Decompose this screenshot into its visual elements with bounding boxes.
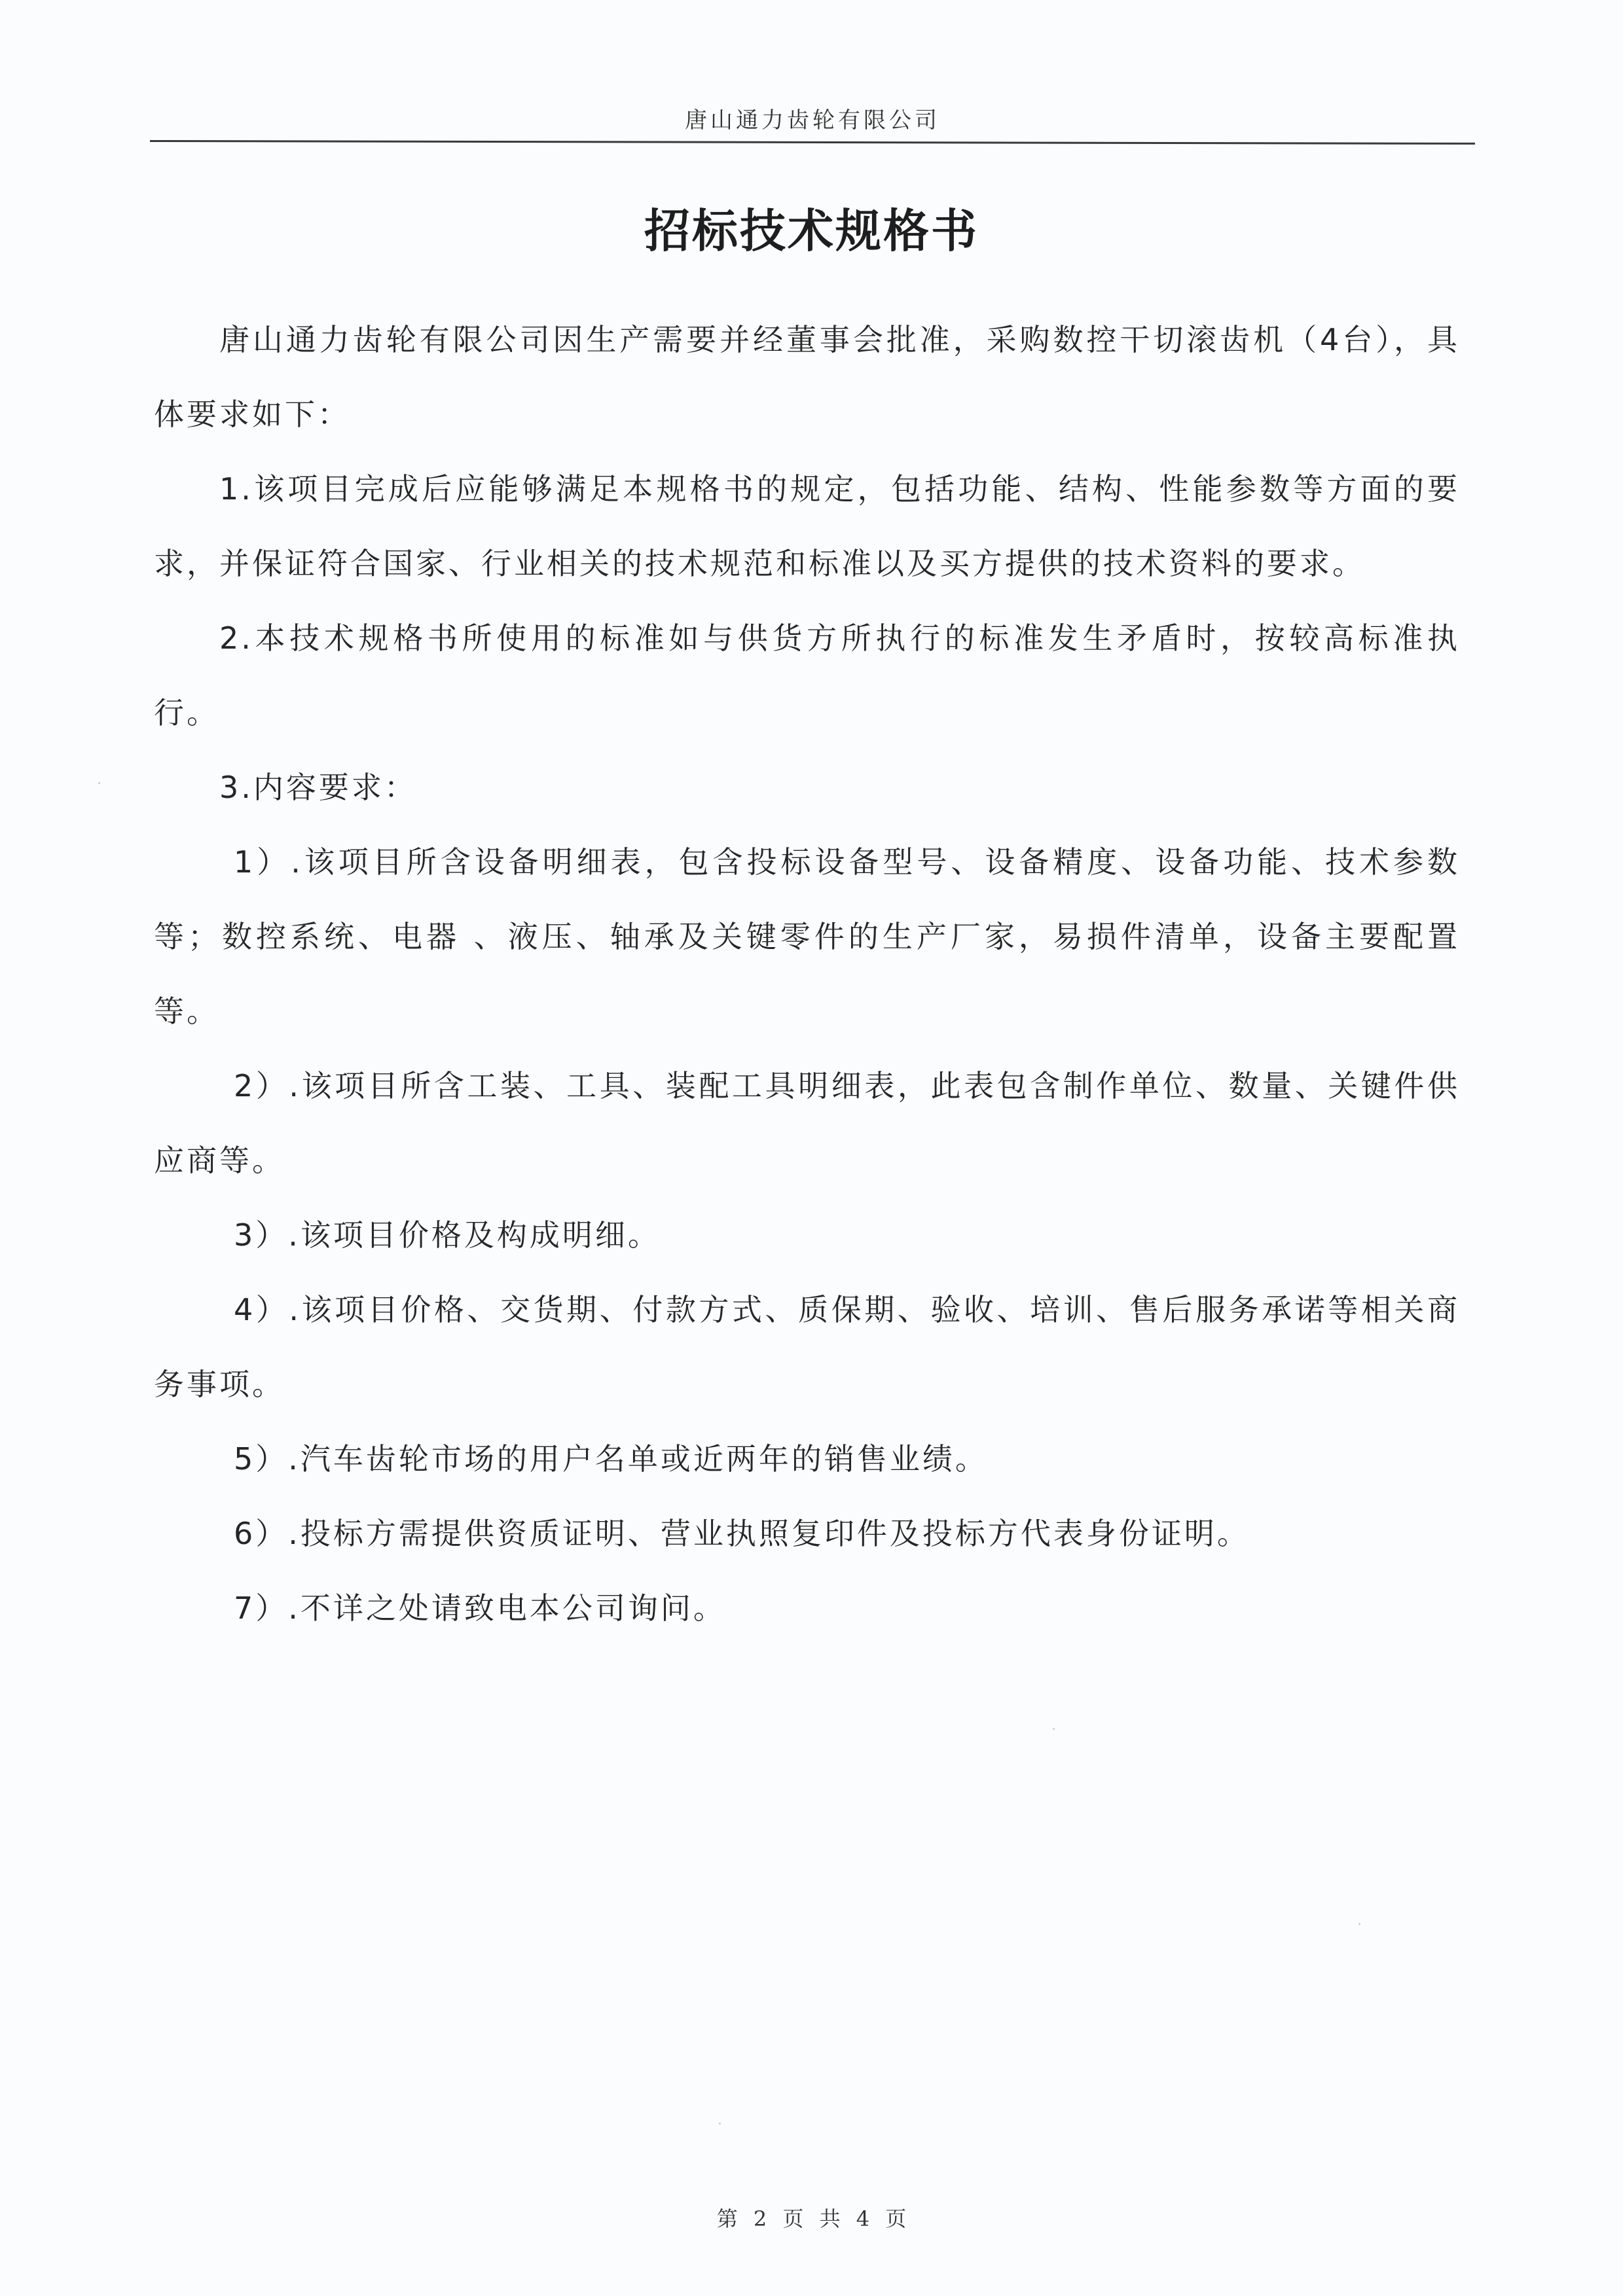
header-company-name: 唐山通力齿轮有限公司 xyxy=(150,106,1475,135)
requirement-item-3: 3）.该项目价格及构成明细。 xyxy=(154,1198,1460,1272)
requirement-item-1: 1）.该项目所含设备明细表，包含投标设备型号、设备精度、设备功能、技术参数等；数… xyxy=(154,825,1460,1049)
page-number-footer: 第 2 页 共 4 页 xyxy=(0,2206,1623,2232)
header-divider xyxy=(150,140,1475,145)
requirement-item-2: 2）.该项目所含工装、工具、装配工具明细表，此表包含制作单位、数量、关键件供应商… xyxy=(154,1049,1460,1198)
intro-paragraph: 唐山通力齿轮有限公司因生产需要并经董事会批准，采购数控干切滚齿机（4台），具体要… xyxy=(154,302,1460,452)
clause-3-heading: 3.内容要求： xyxy=(154,750,1460,825)
requirement-item-4: 4）.该项目价格、交货期、付款方式、质保期、验收、培训、售后服务承诺等相关商务事… xyxy=(154,1272,1460,1422)
document-body: 唐山通力齿轮有限公司因生产需要并经董事会批准，采购数控干切滚齿机（4台），具体要… xyxy=(154,302,1460,1645)
scan-speck xyxy=(98,782,100,784)
scan-speck xyxy=(1359,1923,1360,1925)
clause-2: 2.本技术规格书所使用的标准如与供货方所执行的标准发生矛盾时，按较高标准执行。 xyxy=(154,601,1460,750)
requirement-item-5: 5）.汽车齿轮市场的用户名单或近两年的销售业绩。 xyxy=(154,1422,1460,1496)
requirement-item-6: 6）.投标方需提供资质证明、营业执照复印件及投标方代表身份证明。 xyxy=(154,1496,1460,1571)
page-header: 唐山通力齿轮有限公司 xyxy=(150,106,1475,143)
requirement-item-7: 7）.不详之处请致电本公司询问。 xyxy=(154,1571,1460,1645)
document-title: 招标技术规格书 xyxy=(0,202,1623,260)
scan-speck xyxy=(1053,1728,1055,1730)
clause-1: 1.该项目完成后应能够满足本规格书的规定，包括功能、结构、性能参数等方面的要求，… xyxy=(154,452,1460,601)
scan-speck xyxy=(719,2123,721,2125)
